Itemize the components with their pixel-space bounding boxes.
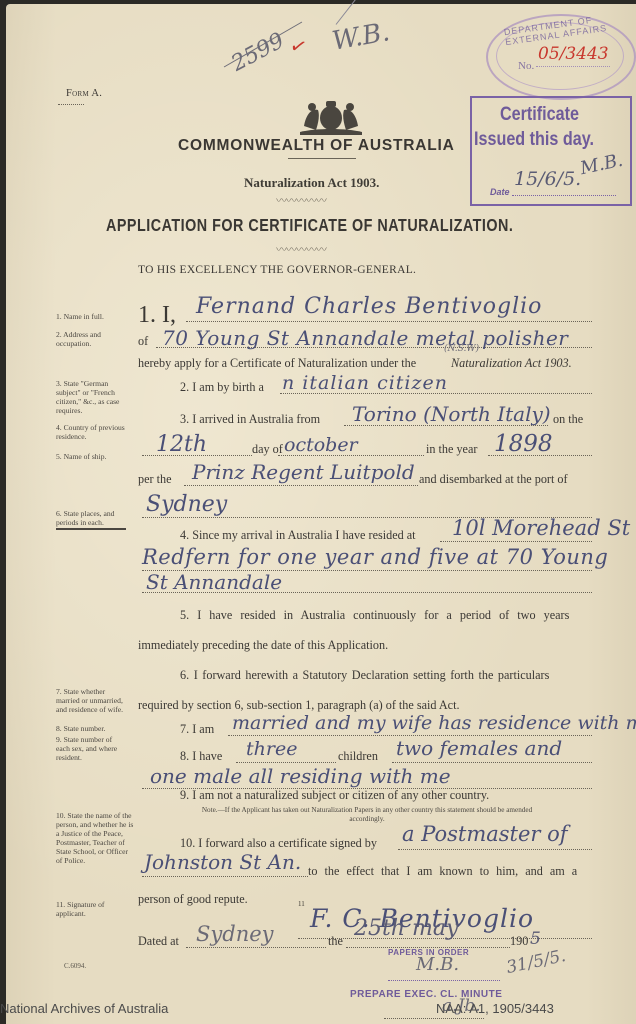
p3-prefix: 3. I arrived in Australia from bbox=[180, 412, 320, 427]
certificate-stamp-line2: Issued this day. bbox=[474, 129, 594, 151]
children-count-field[interactable]: three bbox=[246, 738, 297, 760]
form-label: Form A. bbox=[66, 88, 102, 99]
p5-line1: 5. I have resided in Australia continuou… bbox=[180, 608, 569, 623]
p10-prefix: 10. I forward also a certificate signed … bbox=[180, 836, 377, 851]
certifier-field-line-2 bbox=[142, 876, 308, 877]
margin-note-10: 10. State the name of the person, and wh… bbox=[56, 811, 134, 865]
p6-line1: 6. I forward herewith a Statutory Declar… bbox=[180, 668, 549, 683]
p8-children: children bbox=[338, 749, 378, 764]
archive-name: National Archives of Australia bbox=[0, 1001, 168, 1016]
margin-note-7: 7. State whether married or unmarried, a… bbox=[56, 687, 126, 714]
address-occupation-field[interactable]: 70 Young St Annandale metal polisher bbox=[162, 326, 568, 350]
ornament-divider bbox=[288, 158, 356, 159]
p1-prefix: 1. I, bbox=[138, 302, 176, 329]
birth-nationality-field[interactable]: n italian citizen bbox=[282, 372, 448, 394]
p4-prefix: 4. Since my arrival in Australia I have … bbox=[180, 528, 416, 543]
department-no-value: 05/3443 bbox=[538, 44, 609, 64]
initials-handwritten: W.B. bbox=[330, 17, 392, 57]
document-title: APPLICATION FOR CERTIFICATE OF NATURALIZ… bbox=[106, 215, 513, 236]
margin-note-2: 2. Address and occupation. bbox=[56, 330, 126, 348]
p3-in-year: in the year bbox=[426, 442, 477, 457]
document-page: Form A. 2599 ✓ W.B. COMMONWEALTH OF AUST… bbox=[6, 4, 636, 1024]
applicant-name-field[interactable]: Fernand Charles Bentivoglio bbox=[196, 294, 542, 319]
p6-line2: required by section 6, sub-section 1, pa… bbox=[138, 698, 460, 713]
form-code: C.6094. bbox=[64, 962, 86, 970]
dated-place-field[interactable]: Sydney bbox=[196, 922, 274, 946]
dated-the-label: the bbox=[328, 934, 343, 949]
red-checkmark-icon: ✓ bbox=[287, 32, 310, 60]
ship-field-line bbox=[184, 485, 418, 486]
margin-note-11: 11. Signature of applicant. bbox=[56, 900, 126, 918]
footnote-marker: 11 bbox=[298, 900, 305, 908]
p9-text: 9. I am not a naturalized subject or cit… bbox=[180, 788, 489, 803]
margin-note-1: 1. Name in full. bbox=[56, 312, 126, 321]
certificate-date-label: Date bbox=[490, 187, 510, 197]
marital-status-field[interactable]: married and my wife has residence with m… bbox=[232, 712, 636, 734]
note-line-1: Note.—If the Applicant has taken out Nat… bbox=[140, 806, 594, 814]
margin-note-5: 5. Name of ship. bbox=[56, 452, 126, 461]
wave-divider: 〰〰〰〰〰 bbox=[276, 241, 326, 257]
wave-divider: 〰〰〰〰〰 bbox=[276, 192, 326, 208]
margin-note-9: 9. State number of each sex, and where r… bbox=[56, 735, 126, 762]
p10-suffix: to the effect that I am known to him, an… bbox=[308, 864, 577, 879]
p8-prefix: 8. I have bbox=[180, 749, 222, 764]
p10-line3: person of good repute. bbox=[138, 892, 248, 907]
divider bbox=[388, 980, 500, 981]
dated-year-suffix[interactable]: 5 bbox=[530, 929, 541, 949]
certifier-field-2[interactable]: Johnston St An. bbox=[144, 850, 301, 874]
p1-of: of bbox=[138, 334, 148, 349]
children-detail-field-line-1 bbox=[392, 762, 592, 763]
royal-coat-of-arms-icon bbox=[296, 96, 366, 136]
children-detail-field-1[interactable]: two females and bbox=[396, 736, 562, 760]
p3-disembarked: and disembarked at the port of bbox=[419, 472, 568, 487]
p1-act-reference: Naturalization Act 1903. bbox=[451, 356, 572, 371]
name-field-line bbox=[186, 321, 592, 322]
dated-year-prefix: 190 bbox=[510, 934, 528, 949]
residence-field-line-1 bbox=[440, 541, 592, 542]
certificate-date-value: 15/6/5. bbox=[514, 168, 581, 190]
dated-place-line bbox=[186, 947, 326, 948]
addressee-line: TO HIS EXCELLENCY THE GOVERNOR-GENERAL. bbox=[138, 264, 416, 276]
dated-at-label: Dated at bbox=[138, 934, 179, 949]
p3-per-the: per the bbox=[138, 472, 172, 487]
ship-name-field[interactable]: Prinz Regent Luitpold bbox=[192, 460, 415, 484]
p1-apply-text: hereby apply for a Certificate of Natura… bbox=[138, 356, 416, 371]
arrival-day-field[interactable]: 12th bbox=[156, 432, 207, 457]
archive-reference: NAA: A1, 1905/3443 bbox=[436, 1001, 554, 1016]
margin-note-8: 8. State number. bbox=[56, 724, 126, 733]
residence-field-2[interactable]: Redfern for one year and five at 70 Youn… bbox=[142, 545, 608, 569]
department-no-label: No. bbox=[518, 60, 534, 72]
margin-note-3: 3. State "German subject" or "French cit… bbox=[56, 379, 126, 415]
divider bbox=[536, 66, 610, 67]
children-count-field-line bbox=[236, 762, 336, 763]
arrival-month-field[interactable]: october bbox=[284, 434, 358, 456]
p3-on-the: on the bbox=[553, 412, 583, 427]
divider bbox=[58, 104, 84, 105]
arrival-year-field[interactable]: 1898 bbox=[494, 431, 553, 457]
p7-prefix: 7. I am bbox=[180, 722, 214, 737]
p5-line2: immediately preceding the date of this A… bbox=[138, 638, 388, 653]
certifier-field-line-1 bbox=[398, 849, 592, 850]
dated-day-field[interactable]: 25th may bbox=[354, 916, 458, 941]
nsw-annotation: (N.S.W) bbox=[444, 344, 479, 354]
residence-field-1[interactable]: 10l Morehead St bbox=[452, 516, 630, 540]
commonwealth-heading: COMMONWEALTH OF AUSTRALIA bbox=[178, 137, 455, 155]
arrived-from-field[interactable]: Torino (North Italy) bbox=[352, 402, 551, 426]
papers-date: 31/5/5. bbox=[505, 946, 568, 978]
certifier-field-1[interactable]: a Postmaster of bbox=[402, 822, 568, 846]
children-detail-field-2[interactable]: one male all residing with me bbox=[150, 764, 451, 788]
divider bbox=[512, 195, 616, 196]
margin-note-4: 4. Country of previous residence. bbox=[56, 423, 126, 441]
residence-field-3[interactable]: St Annandale bbox=[146, 570, 282, 594]
act-heading: Naturalization Act 1903. bbox=[244, 175, 379, 191]
papers-initials: M.B. bbox=[416, 954, 459, 975]
p2-prefix: 2. I am by birth a bbox=[180, 380, 264, 395]
certificate-stamp-line1: Certificate bbox=[500, 104, 579, 126]
port-field[interactable]: Sydney bbox=[146, 492, 227, 517]
divider bbox=[384, 1018, 484, 1019]
margin-note-6: 6. State places, and periods in each. bbox=[56, 509, 126, 530]
